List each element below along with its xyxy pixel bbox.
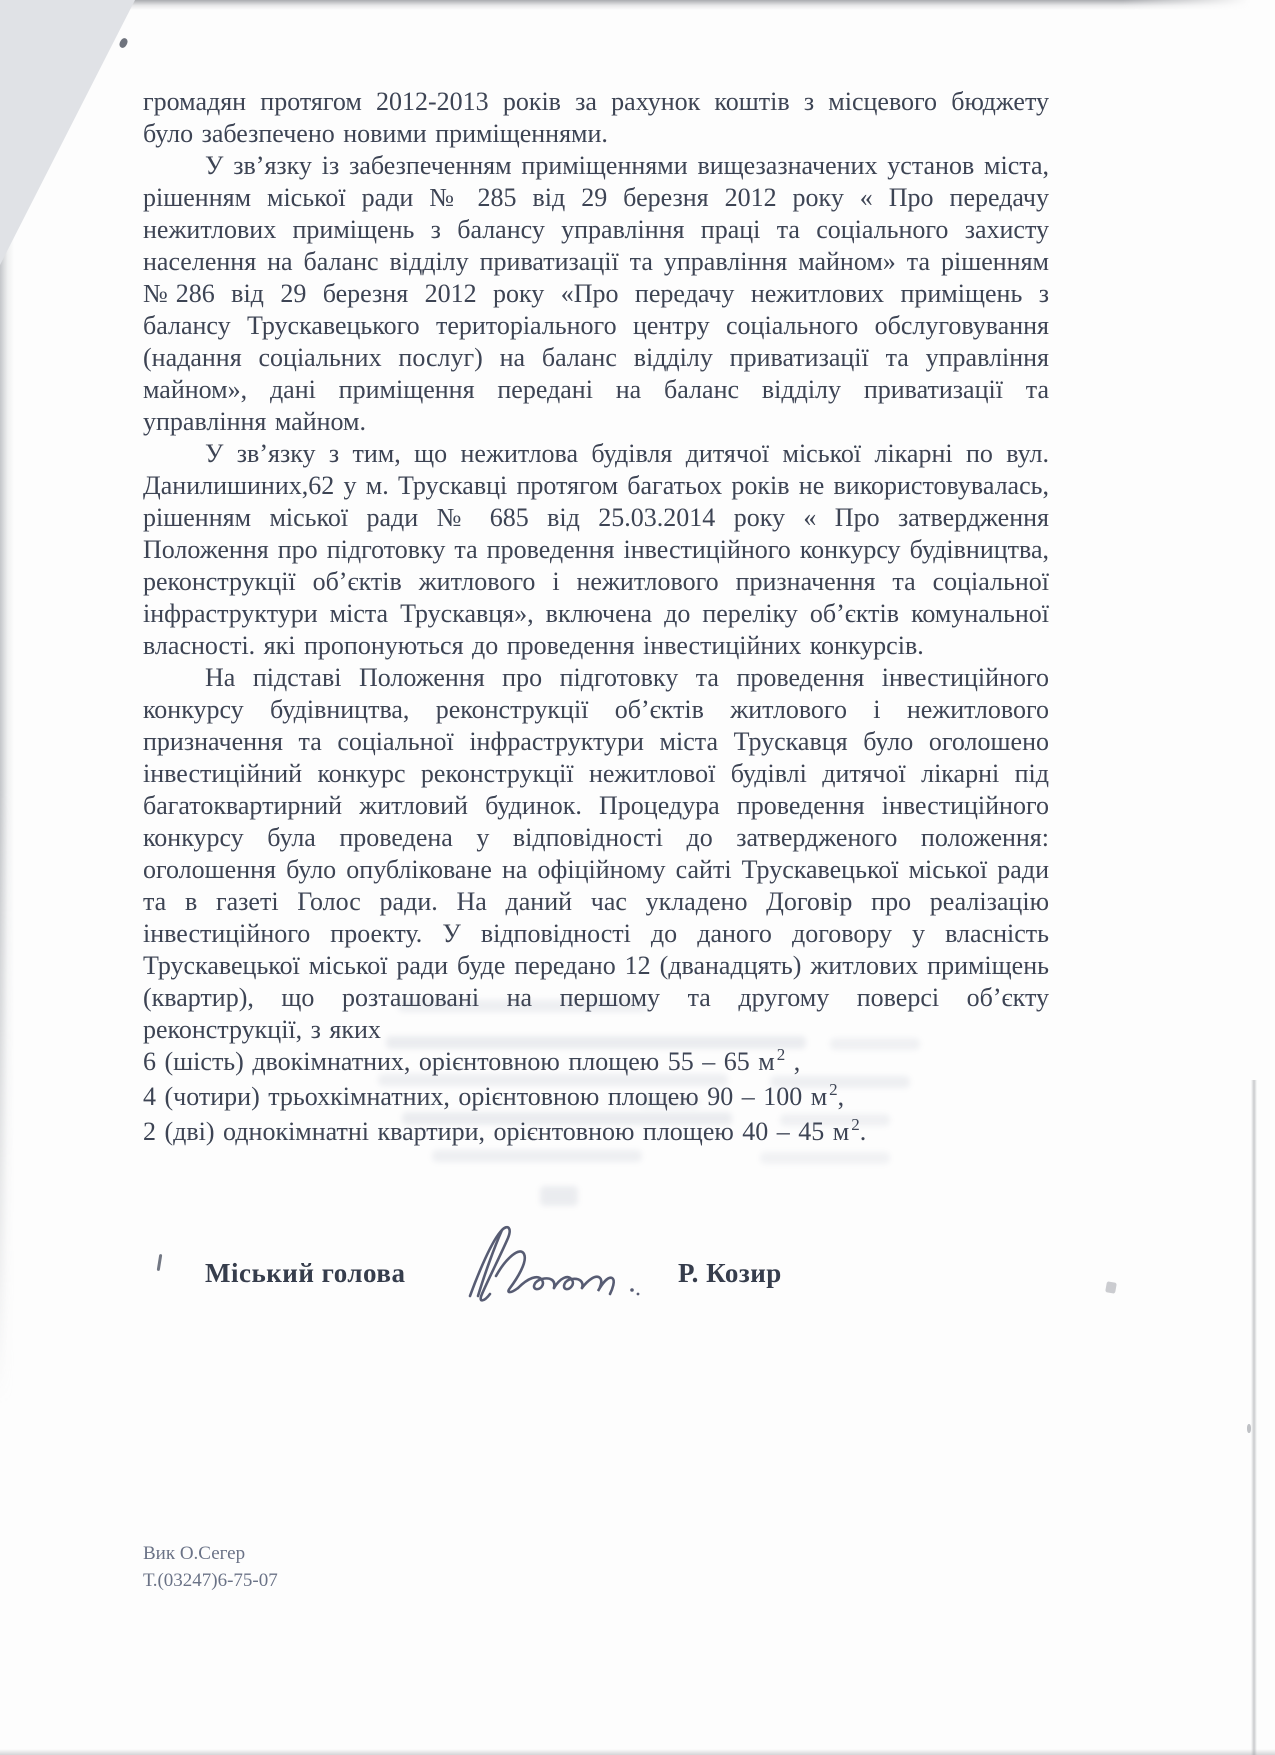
bleed-through-smudge [432,1150,642,1162]
apartment-item-text: 6 (шість) двокімнатних, орієнтовною площ… [143,1047,775,1076]
bleed-through-smudge [760,1152,890,1164]
paragraph: У зв’язку із забезпеченням приміщеннями … [143,150,1049,438]
apartment-item-text: 2 (дві) однокімнатні квартири, орієнтовн… [143,1117,849,1146]
apartment-list-item: 6 (шість) двокімнатних, орієнтовною площ… [143,1046,1049,1081]
bleed-through-smudge [540,1186,578,1206]
scan-right-edge-line [1251,1080,1257,1755]
paragraph-continuation: громадян протягом 2012-2013 років за рах… [143,86,1049,150]
apartment-item-tail: , [785,1047,800,1076]
square-meter-superscript: 2 [851,1115,860,1134]
scan-speck [1247,1424,1251,1433]
apartment-list-item: 2 (дві) однокімнатні квартири, орієнтовн… [143,1116,1049,1151]
executor-phone: Т.(03247)6-75-07 [143,1567,278,1594]
footer-executor-block: Вик О.Сегер Т.(03247)6-75-07 [143,1540,278,1594]
signatory-name: Р. Козир [678,1258,782,1289]
apartment-list: 6 (шість) двокімнатних, орієнтовною площ… [143,1046,1049,1151]
scan-bottom-edge-shadow [0,1749,1275,1755]
pen-mark [157,1254,163,1271]
scan-speck [1105,1281,1117,1294]
executor-name: Вик О.Сегер [143,1540,278,1567]
scan-speck [118,37,129,49]
apartment-item-tail: . [860,1117,867,1146]
square-meter-superscript: 2 [829,1080,838,1099]
scan-left-edge-shadow [0,0,14,1755]
apartment-list-item: 4 (чотири) трьохкімнатних, орієнтовною п… [143,1081,1049,1116]
paragraph: На підставі Положення про підготовку та … [143,662,1049,1046]
scanned-document-page: громадян протягом 2012-2013 років за рах… [0,0,1275,1755]
handwritten-signature [448,1218,658,1318]
apartment-item-tail: , [838,1082,845,1111]
signatory-title: Міський голова [205,1258,405,1289]
paragraph: У зв’язку з тим, що нежитлова будівля ди… [143,438,1049,662]
document-body: громадян протягом 2012-2013 років за рах… [143,86,1049,1151]
square-meter-superscript: 2 [777,1045,786,1064]
apartment-item-text: 4 (чотири) трьохкімнатних, орієнтовною п… [143,1082,827,1111]
scan-top-edge-shadow [0,0,1275,10]
